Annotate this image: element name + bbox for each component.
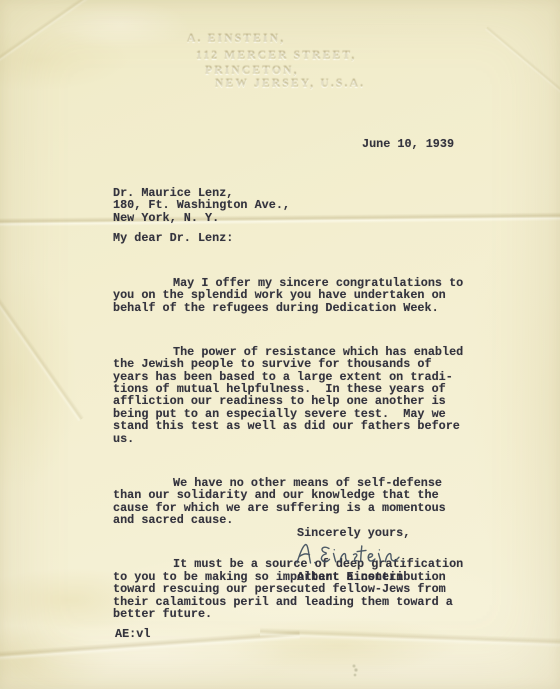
letter-body: May I offer my sincere congratulations t… xyxy=(113,252,469,652)
paper-speck xyxy=(350,663,360,677)
embossed-letterhead: A. EINSTEIN, 112 MERCER STREET, PRINCETO… xyxy=(187,31,365,91)
signature-handwriting xyxy=(293,539,413,570)
letter-page: A. EINSTEIN, 112 MERCER STREET, PRINCETO… xyxy=(0,0,560,689)
letterhead-line: NEW JERSEY, U.S.A. xyxy=(215,78,365,91)
salutation: My dear Dr. Lenz: xyxy=(113,232,233,244)
reference-initials: AE:vl xyxy=(115,628,150,640)
letterhead-line: PRINCETON, xyxy=(205,64,365,78)
paragraph: It must be a source of deep gratificatio… xyxy=(113,558,469,620)
letterhead-line: 112 MERCER STREET, xyxy=(196,48,365,64)
letterhead-line: A. EINSTEIN, xyxy=(187,31,365,48)
paper-crease xyxy=(0,0,107,85)
paragraph: We have no other means of self-defense t… xyxy=(113,477,469,527)
paragraph: May I offer my sincere congratulations t… xyxy=(113,277,469,314)
paragraph: The power of resistance which has enable… xyxy=(113,346,469,445)
paper-crease xyxy=(0,286,84,422)
date-line: June 10, 1939 xyxy=(362,138,454,150)
paper-crease xyxy=(484,26,560,121)
valediction: Sincerely yours, xyxy=(297,527,410,539)
typed-signature-name: Albert Einstein xyxy=(297,571,403,583)
recipient-address: Dr. Maurice Lenz, 180, Ft. Washington Av… xyxy=(113,187,290,224)
